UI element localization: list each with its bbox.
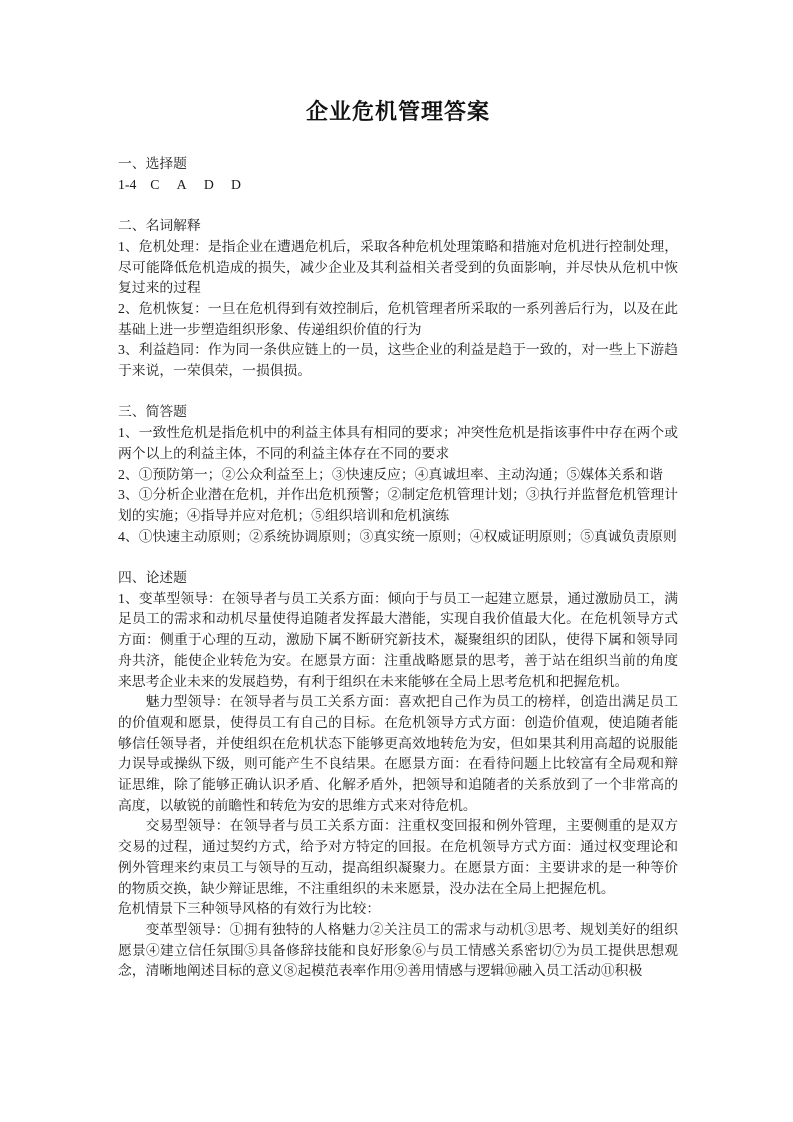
paragraph: 危机情景下三种领导风格的有效行为比较：	[118, 899, 678, 920]
paragraph: 4、①快速主动原则；②系统协调原则；③真实统一原则；④权威证明原则；⑤真诚负责原…	[118, 527, 678, 548]
blank-line	[118, 382, 678, 403]
paragraph: 2、危机恢复：一旦在危机得到有效控制后，危机管理者所采取的一系列善后行为，以及在…	[118, 299, 678, 340]
document-content: 企业危机管理答案 一、选择题1-4 C A D D二、名词解释1、危机处理：是指…	[118, 0, 678, 982]
section-heading: 三、简答题	[118, 402, 678, 423]
paragraph: 变革型领导：①拥有独特的人格魅力②关注员工的需求与动机③思考、规划美好的组织愿景…	[118, 920, 678, 982]
paragraph: 3、利益趋同：作为同一条供应链上的一员，这些企业的利益是趋于一致的，对一些上下游…	[118, 340, 678, 381]
paragraph: 1、变革型领导：在领导者与员工关系方面：倾向于与员工一起建立愿景，通过激励员工，…	[118, 589, 678, 693]
paragraph: 1、危机处理：是指企业在遭遇危机后，采取各种危机处理策略和措施对危机进行控制处理…	[118, 237, 678, 299]
paragraph: 3、①分析企业潜在危机，并作出危机预警；②制定危机管理计划；③执行并监督危机管理…	[118, 485, 678, 526]
paragraph: 2、①预防第一；②公众利益至上；③快速反应；④真诚坦率、主动沟通；⑤媒体关系和谐	[118, 465, 678, 486]
page-title: 企业危机管理答案	[118, 96, 678, 128]
blank-line	[118, 195, 678, 216]
document-body: 一、选择题1-4 C A D D二、名词解释1、危机处理：是指企业在遭遇危机后，…	[118, 154, 678, 982]
section-heading: 一、选择题	[118, 154, 678, 175]
paragraph: 交易型领导：在领导者与员工关系方面：注重权变回报和例外管理，主要侧重的是双方交易…	[118, 816, 678, 899]
answer-line: 1-4 C A D D	[118, 175, 678, 196]
section-heading: 二、名词解释	[118, 216, 678, 237]
section-heading: 四、论述题	[118, 568, 678, 589]
document-page: 企业危机管理答案 一、选择题1-4 C A D D二、名词解释1、危机处理：是指…	[0, 0, 793, 1122]
paragraph: 魅力型领导：在领导者与员工关系方面：喜欢把自己作为员工的榜样，创造出满足员工的价…	[118, 692, 678, 816]
blank-line	[118, 547, 678, 568]
paragraph: 1、一致性危机是指危机中的利益主体具有相同的要求；冲突性危机是指该事件中存在两个…	[118, 423, 678, 464]
